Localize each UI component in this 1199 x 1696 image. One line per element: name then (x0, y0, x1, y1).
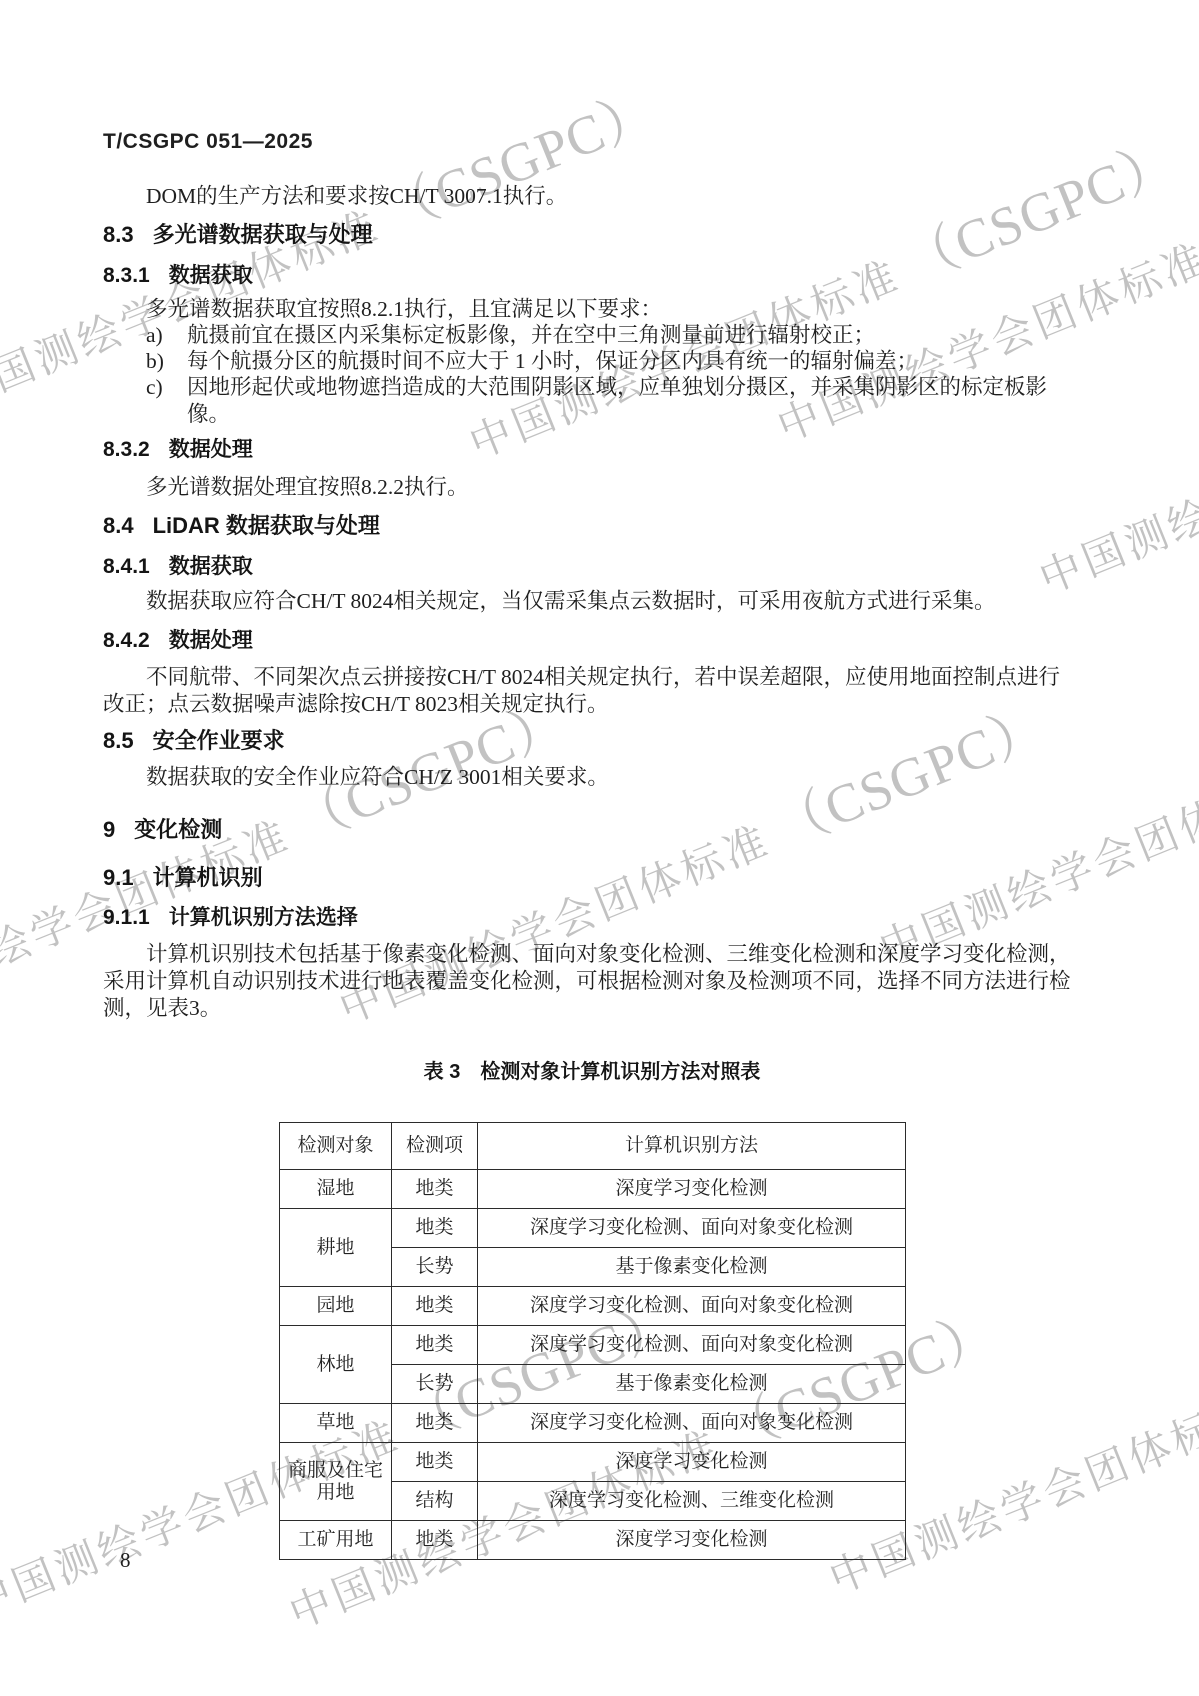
heading-title: LiDAR 数据获取与处理 (153, 513, 380, 538)
standard-number-header: T/CSGPC 051—2025 (103, 130, 313, 154)
cell-method: 深度学习变化检测、面向对象变化检测 (478, 1287, 906, 1326)
heading-number: 8.4 (103, 513, 134, 539)
table-row: 湿地 地类 深度学习变化检测 (280, 1170, 906, 1209)
paragraph-dom: DOM的生产方法和要求按CH/T 3007.1执行。 (146, 183, 567, 210)
heading-9: 9变化检测 (103, 813, 222, 844)
document-page: 中国测绘学会团体标准（CSGPC） 中国测绘学会团体标准（CSGPC） 中国测绘… (0, 0, 1199, 1696)
heading-title: 安全作业要求 (153, 728, 285, 753)
heading-8-3-1: 8.3.1数据获取 (103, 259, 253, 289)
cell-object: 耕地 (280, 1209, 392, 1287)
cell-item: 地类 (392, 1209, 478, 1248)
cell-method: 深度学习变化检测、三维变化检测 (478, 1482, 906, 1521)
paragraph-8-5: 数据获取的安全作业应符合CH/Z 3001相关要求。 (146, 764, 609, 791)
list-label: c) (146, 374, 187, 428)
paragraph-line: 不同航带、不同架次点云拼接按CH/T 8024相关规定执行，若中误差超限，应使用… (103, 664, 1103, 691)
heading-8-3: 8.3多光谱数据获取与处理 (103, 218, 373, 249)
col-header-item: 检测项 (392, 1123, 478, 1170)
table-row: 园地 地类 深度学习变化检测、面向对象变化检测 (280, 1287, 906, 1326)
heading-title: 计算机识别 (153, 865, 263, 890)
heading-number: 9.1 (103, 865, 134, 891)
list-text: 每个航摄分区的航摄时间不应大于 1 小时，保证分区内具有统一的辐射偏差； (187, 348, 918, 375)
heading-number: 8.5 (103, 728, 134, 754)
heading-8-4-2: 8.4.2数据处理 (103, 624, 253, 654)
heading-title: 数据获取 (169, 264, 253, 287)
cell-method: 深度学习变化检测、面向对象变化检测 (478, 1326, 906, 1365)
list-item-a: a) 航摄前宜在摄区内采集标定板影像，并在空中三角测量前进行辐射校正； (146, 322, 1106, 349)
cell-method: 深度学习变化检测、面向对象变化检测 (478, 1404, 906, 1443)
cell-method: 基于像素变化检测 (478, 1365, 906, 1404)
cell-method: 基于像素变化检测 (478, 1248, 906, 1287)
heading-number: 8.4.2 (103, 629, 150, 653)
cell-object: 工矿用地 (280, 1521, 392, 1560)
cell-item: 地类 (392, 1521, 478, 1560)
list-item-b: b) 每个航摄分区的航摄时间不应大于 1 小时，保证分区内具有统一的辐射偏差； (146, 348, 1106, 375)
paragraph-line: 计算机识别技术包括基于像素变化检测、面向对象变化检测、三维变化检测和深度学习变化… (103, 941, 1103, 968)
heading-title: 多光谱数据获取与处理 (153, 222, 373, 247)
cell-method: 深度学习变化检测 (478, 1443, 906, 1482)
list-item-c: c) 因地形起伏或地物遮挡造成的大范围阴影区域，应单独划分摄区，并采集阴影区的标… (146, 374, 1106, 428)
paragraph-line: 测，见表3。 (103, 995, 1103, 1022)
heading-title: 数据处理 (169, 629, 253, 652)
list-text: 因地形起伏或地物遮挡造成的大范围阴影区域，应单独划分摄区，并采集阴影区的标定板影… (187, 374, 1047, 428)
heading-number: 8.3.1 (103, 264, 150, 288)
col-header-method: 计算机识别方法 (478, 1123, 906, 1170)
cell-object: 商服及住宅用地 (280, 1443, 392, 1521)
cell-method: 深度学习变化检测 (478, 1170, 906, 1209)
table-caption: 表 3 检测对象计算机识别方法对照表 (279, 1055, 905, 1084)
heading-number: 8.4.1 (103, 555, 150, 579)
heading-title: 变化检测 (134, 817, 222, 842)
paragraph-line: 采用计算机自动识别技术进行地表覆盖变化检测，可根据检测对象及检测项不同，选择不同… (103, 968, 1103, 995)
cell-item: 地类 (392, 1443, 478, 1482)
list-label: a) (146, 322, 187, 349)
heading-8-4-1: 8.4.1数据获取 (103, 550, 253, 580)
cell-item: 结构 (392, 1482, 478, 1521)
table-row: 林地 地类 深度学习变化检测、面向对象变化检测 (280, 1326, 906, 1365)
paragraph-8-4-1: 数据获取应符合CH/T 8024相关规定，当仅需采集点云数据时，可采用夜航方式进… (146, 588, 995, 615)
cell-item: 长势 (392, 1365, 478, 1404)
heading-number: 9.1.1 (103, 906, 150, 930)
page-number: 8 (120, 1548, 131, 1573)
paragraph-line: 改正；点云数据噪声滤除按CH/T 8023相关规定执行。 (103, 691, 1103, 718)
heading-8-4: 8.4LiDAR 数据获取与处理 (103, 509, 380, 540)
cell-object: 湿地 (280, 1170, 392, 1209)
heading-title: 数据处理 (169, 438, 253, 461)
cell-object: 林地 (280, 1326, 392, 1404)
paragraph-8-3-1: 多光谱数据获取宜按照8.2.1执行，且宜满足以下要求： (146, 296, 662, 323)
heading-8-5: 8.5安全作业要求 (103, 724, 285, 755)
list-text: 航摄前宜在摄区内采集标定板影像，并在空中三角测量前进行辐射校正； (187, 322, 875, 349)
cell-method: 深度学习变化检测 (478, 1521, 906, 1560)
heading-number: 8.3.2 (103, 438, 150, 462)
cell-object: 草地 (280, 1404, 392, 1443)
table-row: 工矿用地 地类 深度学习变化检测 (280, 1521, 906, 1560)
paragraph-9-1-1: 计算机识别技术包括基于像素变化检测、面向对象变化检测、三维变化检测和深度学习变化… (103, 941, 1103, 1022)
cell-method: 深度学习变化检测、面向对象变化检测 (478, 1209, 906, 1248)
table-header-row: 检测对象 检测项 计算机识别方法 (280, 1123, 906, 1170)
heading-number: 9 (103, 817, 115, 843)
cell-item: 地类 (392, 1404, 478, 1443)
col-header-object: 检测对象 (280, 1123, 392, 1170)
heading-8-3-2: 8.3.2数据处理 (103, 433, 253, 463)
cell-item: 地类 (392, 1326, 478, 1365)
heading-number: 8.3 (103, 222, 134, 248)
table-row: 耕地 地类 深度学习变化检测、面向对象变化检测 (280, 1209, 906, 1248)
table-row: 商服及住宅用地 地类 深度学习变化检测 (280, 1443, 906, 1482)
cell-item: 地类 (392, 1287, 478, 1326)
cell-object: 园地 (280, 1287, 392, 1326)
paragraph-8-3-2: 多光谱数据处理宜按照8.2.2执行。 (146, 474, 469, 501)
heading-title: 数据获取 (169, 555, 253, 578)
cell-item: 长势 (392, 1248, 478, 1287)
paragraph-8-4-2: 不同航带、不同架次点云拼接按CH/T 8024相关规定执行，若中误差超限，应使用… (103, 664, 1103, 718)
method-comparison-table: 检测对象 检测项 计算机识别方法 湿地 地类 深度学习变化检测 耕地 地类 深度… (279, 1122, 906, 1560)
list-text-line1: 因地形起伏或地物遮挡造成的大范围阴影区域，应单独划分摄区，并采集阴影区的标定板影 (187, 375, 1047, 399)
list-text-line2: 像。 (187, 402, 230, 426)
list-label: b) (146, 348, 187, 375)
table-row: 草地 地类 深度学习变化检测、面向对象变化检测 (280, 1404, 906, 1443)
document-content: T/CSGPC 051—2025 DOM的生产方法和要求按CH/T 3007.1… (0, 0, 1199, 1696)
heading-9-1: 9.1计算机识别 (103, 861, 263, 892)
cell-item: 地类 (392, 1170, 478, 1209)
heading-title: 计算机识别方法选择 (169, 906, 358, 929)
heading-9-1-1: 9.1.1计算机识别方法选择 (103, 901, 358, 931)
